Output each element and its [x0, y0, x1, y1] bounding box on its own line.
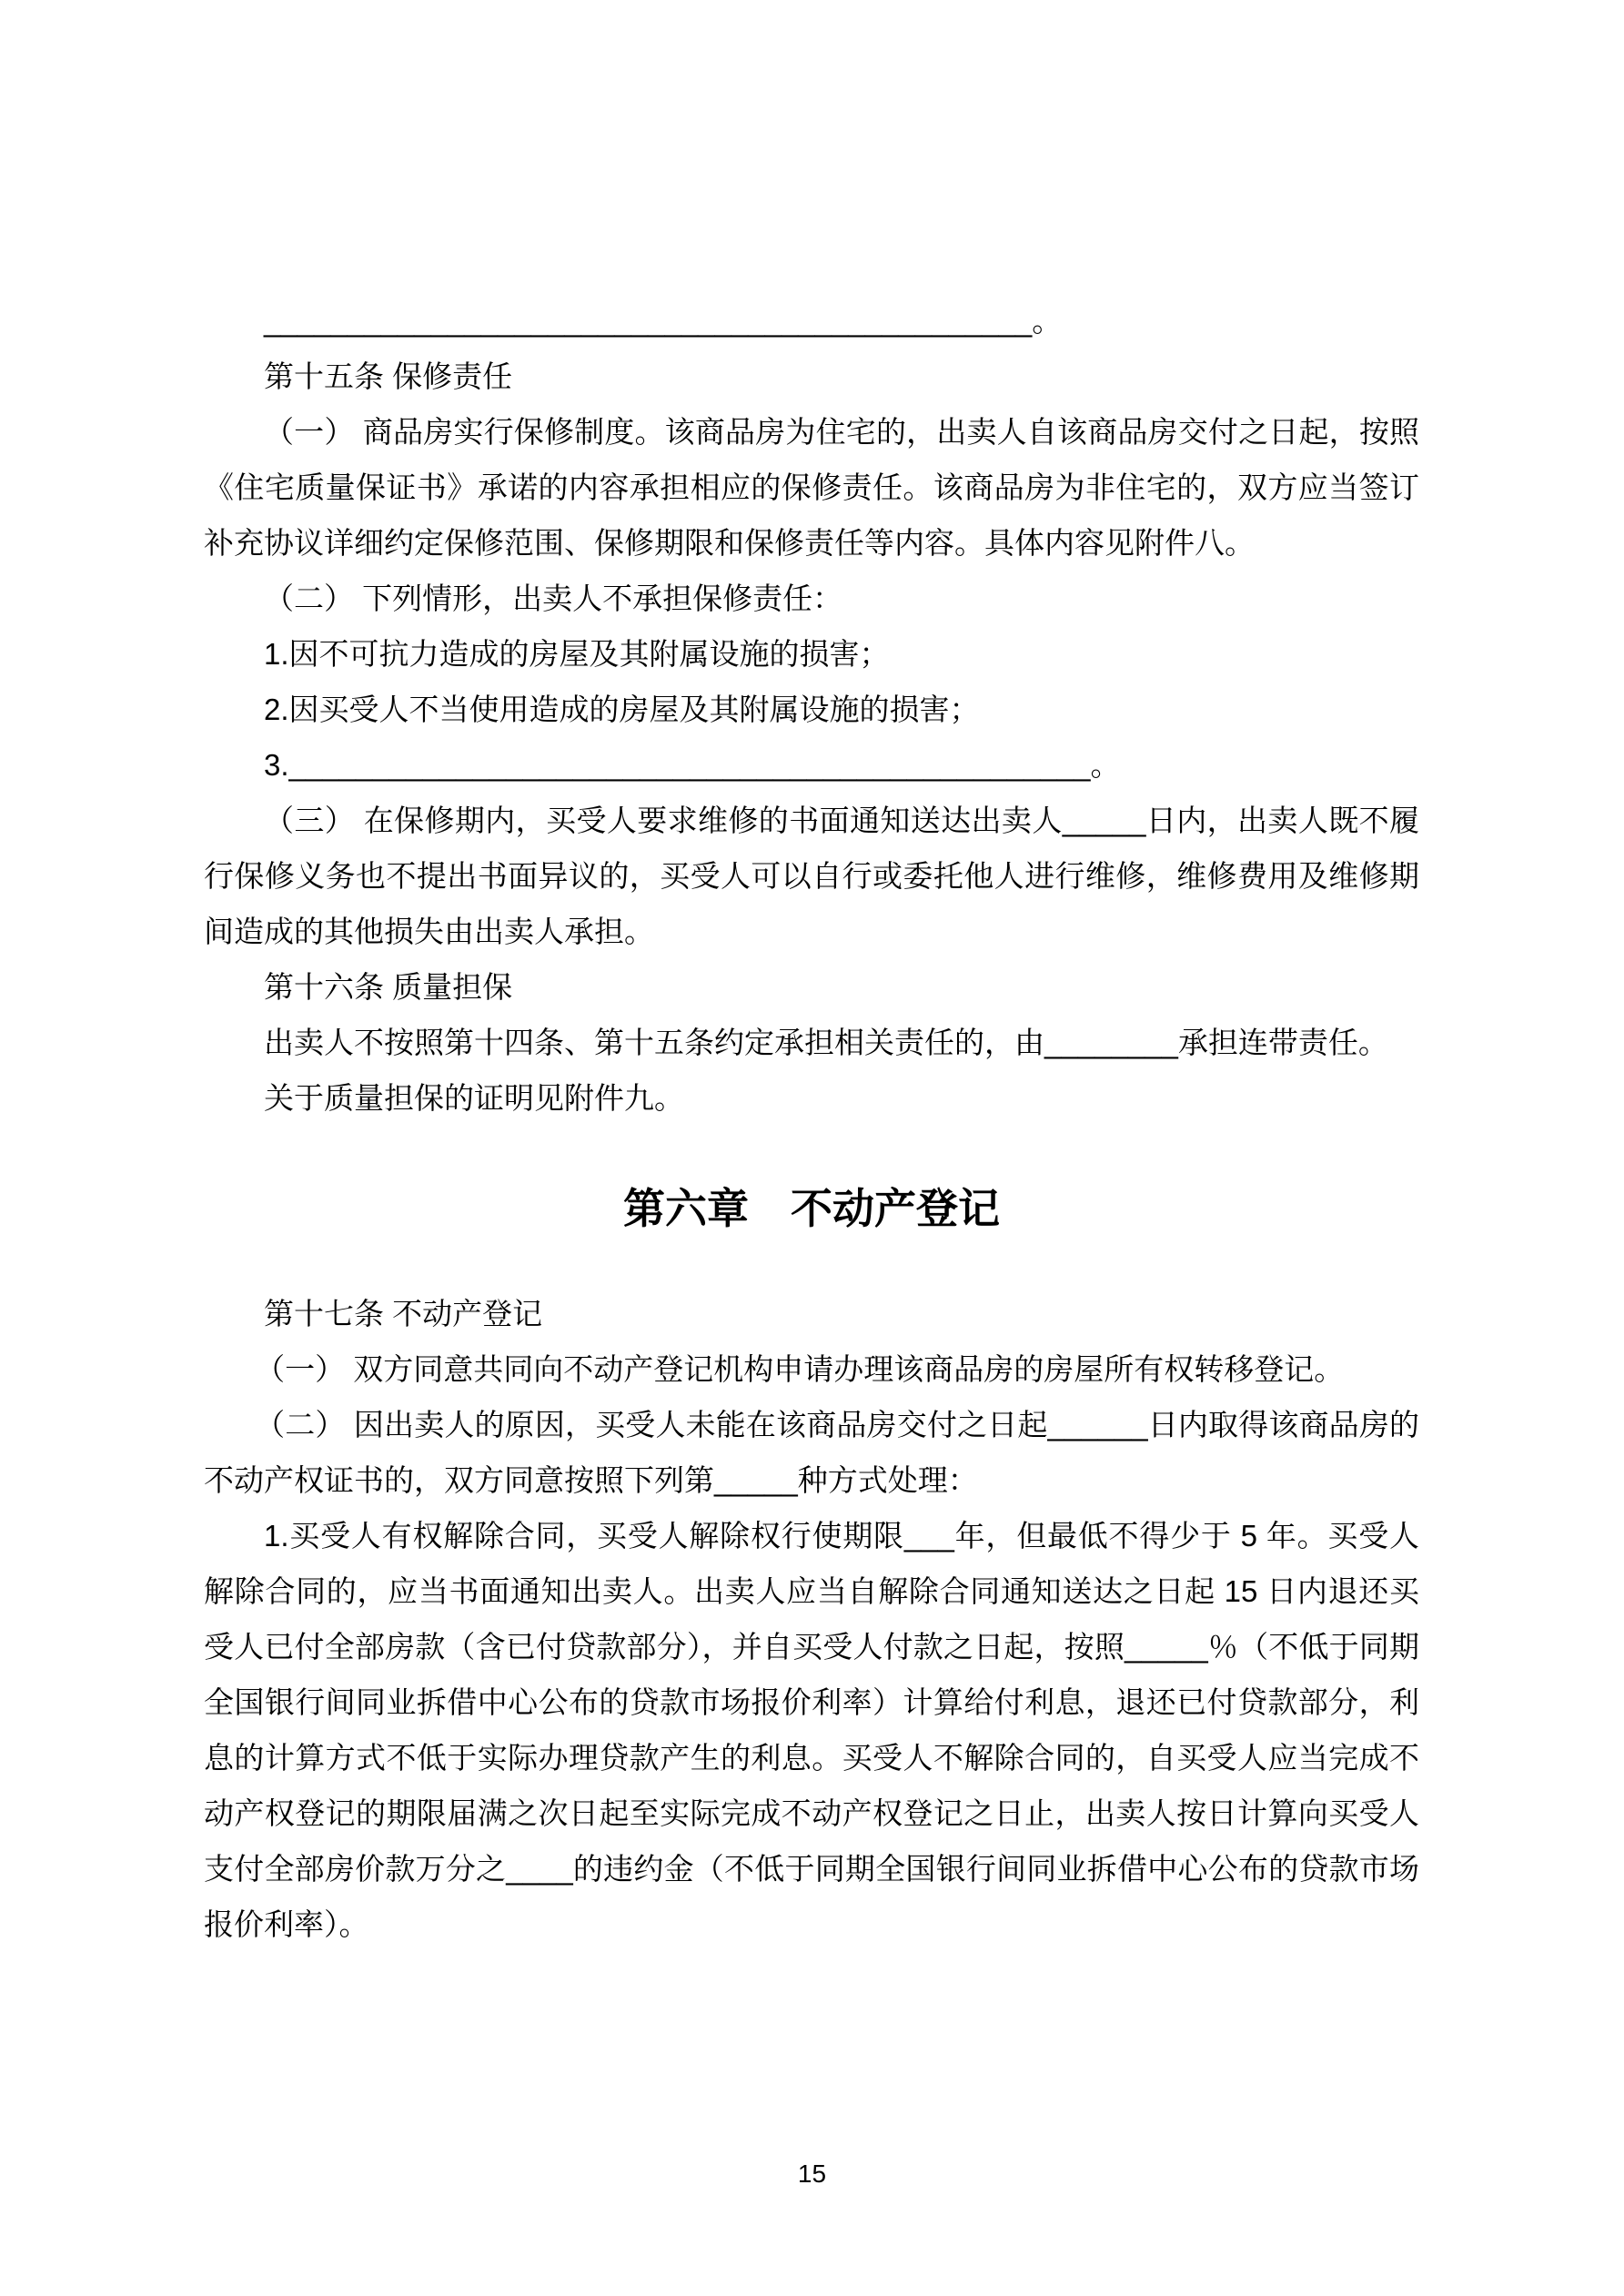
document-body: ________________________________________…	[204, 293, 1419, 1952]
para17: （一） 双方同意共同向不动产登记机构申请办理该商品房的房屋所有权转移登记。	[204, 1341, 1419, 1397]
para: 1.因不可抗力造成的房屋及其附属设施的损害；	[204, 626, 1419, 682]
para: （二） 下列情形，出卖人不承担保修责任：	[204, 571, 1419, 626]
chapter-heading: 第六章 不动产登记	[204, 1126, 1419, 1286]
para: （一） 商品房实行保修制度。该商品房为住宅的，出卖人自该商品房交付之日起，按照《…	[204, 404, 1419, 571]
contract-page: ________________________________________…	[0, 0, 1624, 2296]
article-title: 第十六条 质量担保	[204, 959, 1419, 1015]
para: 3.______________________________________…	[204, 737, 1419, 793]
para: 1.买受人有权解除合同，买受人解除权行使期限___年，但最低不得少于 5 年。买…	[204, 1508, 1419, 1952]
page-footer: 15	[0, 2159, 1624, 2190]
article-title: 第十七条 不动产登记	[204, 1286, 1419, 1341]
para17: （二） 因出卖人的原因，买受人未能在该商品房交付之日起______日内取得该商品…	[204, 1397, 1419, 1508]
para: 2.因买受人不当使用造成的房屋及其附属设施的损害；	[204, 682, 1419, 737]
para: （三） 在保修期内，买受人要求维修的书面通知送达出卖人_____日内，出卖人既不…	[204, 793, 1419, 959]
fill-line: ________________________________________…	[204, 293, 1419, 349]
page-number: 15	[798, 2159, 826, 2188]
article-title: 第十五条 保修责任	[204, 349, 1419, 404]
para: 关于质量担保的证明见附件九。	[204, 1070, 1419, 1126]
para: 出卖人不按照第十四条、第十五条约定承担相关责任的，由________承担连带责任…	[204, 1015, 1419, 1070]
